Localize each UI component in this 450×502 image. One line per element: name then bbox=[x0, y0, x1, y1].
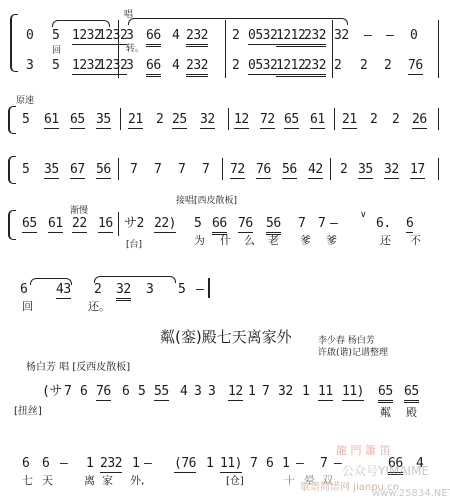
system-brace bbox=[10, 14, 18, 72]
note: 7 bbox=[130, 162, 137, 178]
lyric: 爹 bbox=[326, 234, 337, 247]
note: 32 bbox=[200, 112, 215, 129]
music-score: 唱 0 5 1232 1232 3 66 4 232 2 0532 1212 2… bbox=[0, 0, 450, 502]
barline bbox=[118, 158, 119, 180]
barline bbox=[438, 158, 439, 180]
note: 65 bbox=[378, 384, 393, 403]
barline bbox=[118, 212, 119, 236]
lyric: 外, bbox=[130, 474, 145, 487]
note: 76 bbox=[96, 384, 111, 401]
note: 32 bbox=[116, 282, 131, 301]
note: 5 bbox=[178, 282, 185, 298]
note: 5 bbox=[22, 162, 29, 178]
note: 3 bbox=[126, 58, 133, 74]
note: サ2 bbox=[124, 216, 144, 232]
note: 2 bbox=[94, 282, 101, 298]
watermark-line-1: 龍 門 簫 笛 bbox=[336, 442, 391, 458]
note: 17 bbox=[410, 162, 425, 179]
slur bbox=[52, 20, 110, 27]
system-brace bbox=[8, 106, 16, 134]
system-4: 渐慢 接唱[西皮散板] 65 61 22 16 サ2 22) 5 66 76 5… bbox=[0, 196, 450, 256]
note: 1212 bbox=[276, 58, 305, 77]
lyric: 回 bbox=[22, 300, 33, 313]
lyric: 离 bbox=[84, 474, 95, 487]
note: 1232 bbox=[98, 28, 127, 45]
note: 32 bbox=[384, 162, 399, 179]
note: 25 bbox=[172, 112, 187, 129]
note: 232 bbox=[100, 456, 122, 473]
note: 3 bbox=[146, 282, 153, 298]
lyric: 爹 bbox=[300, 234, 311, 247]
barline bbox=[120, 108, 121, 130]
note: 6. bbox=[376, 216, 391, 232]
note: 65 bbox=[70, 112, 85, 129]
note: 6 bbox=[80, 384, 87, 400]
lyric: 不 bbox=[410, 234, 421, 247]
note: 7 bbox=[202, 162, 209, 178]
note: 1 bbox=[206, 456, 213, 472]
note: 1 bbox=[86, 456, 93, 472]
barline bbox=[332, 20, 333, 78]
note: 7 bbox=[262, 384, 269, 400]
lyric: 为 bbox=[194, 234, 205, 247]
note: 3 bbox=[194, 384, 201, 400]
lyric: 么 bbox=[244, 234, 255, 247]
note: 56 bbox=[96, 162, 111, 179]
lyric: 还。 bbox=[88, 300, 110, 313]
breath-mark: ∨ bbox=[360, 210, 367, 221]
note: 4 bbox=[180, 384, 187, 400]
mark-zhuan: 转。 bbox=[126, 44, 144, 55]
barline bbox=[225, 20, 226, 78]
note: 7 bbox=[154, 162, 161, 178]
note: 76 bbox=[408, 58, 423, 75]
note: 2 bbox=[232, 58, 239, 74]
note: 66 bbox=[146, 58, 161, 77]
note: 22 bbox=[72, 216, 87, 233]
note: 56 bbox=[266, 216, 281, 235]
system-brace bbox=[8, 210, 16, 240]
lyric: 天 bbox=[42, 474, 53, 487]
note: 32 bbox=[278, 384, 293, 400]
note: 6 bbox=[406, 216, 413, 233]
note: 2 bbox=[370, 112, 377, 128]
slur bbox=[94, 276, 176, 283]
mark-tai: [台] bbox=[126, 240, 142, 251]
note: 7 bbox=[64, 384, 71, 400]
note: 12 bbox=[234, 112, 249, 129]
lyric: 殿 bbox=[406, 406, 417, 419]
lyric: 粼 bbox=[380, 406, 391, 419]
note: 2 bbox=[340, 162, 347, 178]
note: — bbox=[364, 28, 371, 44]
note: 26 bbox=[412, 112, 427, 129]
note: 6 bbox=[22, 456, 29, 472]
barline bbox=[228, 108, 229, 130]
section2-system-1: (サ 7 6 76 6 5 55 4 3 3 12 1 7 32 1 11 11… bbox=[0, 376, 450, 426]
note: 1 bbox=[248, 384, 255, 400]
note: 55 bbox=[154, 384, 169, 401]
mark-niusi: [扭丝] bbox=[14, 406, 42, 417]
system-5: 6 43 2 32 3 5 — 回 还。 bbox=[0, 270, 450, 320]
note: — bbox=[334, 456, 341, 472]
note: 72 bbox=[260, 112, 275, 129]
note: (サ bbox=[42, 384, 62, 400]
note: 5 bbox=[52, 28, 59, 44]
note: 5 bbox=[52, 58, 59, 74]
note: 7 bbox=[250, 456, 257, 472]
barline bbox=[438, 108, 439, 130]
note: 1 bbox=[302, 384, 309, 400]
barline bbox=[334, 108, 335, 130]
note: 21 bbox=[128, 112, 143, 129]
note: 11) bbox=[220, 456, 242, 473]
note: — bbox=[386, 28, 393, 44]
note: 2 bbox=[334, 58, 341, 74]
note: 67 bbox=[70, 162, 85, 179]
note: 61 bbox=[44, 112, 59, 129]
mark-yuansu: 原速 bbox=[16, 96, 34, 107]
note: 4 bbox=[172, 58, 179, 74]
note: 11) bbox=[342, 384, 364, 401]
note: 66 bbox=[146, 28, 161, 47]
note: 232 bbox=[304, 28, 326, 47]
note: 2 bbox=[392, 112, 399, 128]
system-brace bbox=[8, 156, 16, 184]
mark-jiechang: 接唱[西皮散板] bbox=[176, 196, 237, 207]
note: 2 bbox=[360, 58, 367, 74]
piece-title: 粼(銮)殿七天离家外 bbox=[160, 328, 292, 346]
watermark-line-4: www.25834.NET bbox=[372, 488, 450, 499]
slur bbox=[128, 18, 348, 25]
barline bbox=[222, 158, 223, 180]
note: 0 bbox=[410, 28, 417, 44]
note: 4 bbox=[172, 28, 179, 44]
note: 1232 bbox=[72, 28, 101, 45]
note: 35 bbox=[358, 162, 373, 179]
note: 66 bbox=[212, 216, 227, 235]
note: 0532 bbox=[248, 28, 277, 45]
note: 11 bbox=[318, 384, 333, 401]
note: 232 bbox=[304, 58, 326, 77]
lyric: 家 bbox=[102, 474, 113, 487]
system-3: 5 35 67 56 7 7 7 7 72 76 56 42 2 35 32 1… bbox=[0, 150, 450, 190]
watermark-line-2: 公众号YIMAIME bbox=[342, 462, 429, 479]
lyric: 老 bbox=[268, 234, 279, 247]
note: 16 bbox=[98, 216, 113, 233]
note: 7 bbox=[318, 216, 325, 232]
note: 65 bbox=[404, 384, 419, 403]
note: 0532 bbox=[248, 58, 277, 75]
lyric: 什 bbox=[220, 234, 231, 247]
note: 76 bbox=[256, 162, 271, 179]
note: 6 bbox=[42, 456, 49, 472]
note: 65 bbox=[284, 112, 299, 129]
note: 7 bbox=[298, 216, 305, 232]
note: 12 bbox=[228, 384, 243, 401]
note: 76 bbox=[238, 216, 253, 233]
note: 1212 bbox=[276, 28, 305, 47]
note: 1232 bbox=[98, 58, 127, 75]
note: 35 bbox=[44, 162, 59, 179]
credit-line-2: 许啟(谐)记谱整理 bbox=[318, 348, 388, 359]
note: 1232 bbox=[72, 58, 101, 75]
lyric: 还 bbox=[380, 234, 391, 247]
system-2: 原速 5 61 65 35 21 2 25 32 12 72 65 61 21 … bbox=[0, 94, 450, 134]
note: 3 bbox=[126, 28, 133, 44]
note: 72 bbox=[230, 162, 245, 179]
barline bbox=[118, 20, 119, 78]
note: 43 bbox=[56, 282, 71, 299]
note: 5 bbox=[138, 384, 145, 400]
lyric: 七 bbox=[22, 474, 33, 487]
note: 65 bbox=[22, 216, 37, 233]
note: 3 bbox=[208, 384, 215, 400]
note: 2 bbox=[232, 28, 239, 44]
performer-label: 杨白芳 唱 [反西皮散板] bbox=[26, 362, 130, 373]
note: 7 bbox=[320, 456, 327, 472]
note: — bbox=[144, 456, 151, 472]
note: — bbox=[196, 282, 203, 298]
lyric: 十 bbox=[284, 474, 295, 487]
note: 0 bbox=[26, 28, 33, 44]
note: 2 bbox=[384, 58, 391, 74]
note: 21 bbox=[342, 112, 357, 129]
note: 35 bbox=[96, 112, 111, 129]
note: 1 bbox=[282, 456, 289, 472]
note: 42 bbox=[308, 162, 323, 179]
note: (76 bbox=[174, 456, 196, 473]
barline bbox=[438, 20, 439, 78]
note: 22) bbox=[154, 216, 176, 233]
note: 5 bbox=[22, 112, 29, 128]
note: 32 bbox=[334, 28, 349, 44]
note: 5 bbox=[194, 216, 201, 232]
note: 6 bbox=[122, 384, 129, 400]
note: — bbox=[60, 456, 67, 472]
note: 61 bbox=[48, 216, 63, 233]
note: 232 bbox=[186, 28, 208, 47]
note: 56 bbox=[282, 162, 297, 179]
note: 6 bbox=[20, 282, 27, 298]
note: 2 bbox=[156, 112, 163, 128]
credit-line-1: 李少春 杨白芳 bbox=[318, 336, 375, 347]
mark-hui: 回 bbox=[52, 46, 61, 57]
note: — bbox=[330, 216, 337, 232]
note: 3 bbox=[26, 58, 33, 74]
system-1: 唱 0 5 1232 1232 3 66 4 232 2 0532 1212 2… bbox=[0, 6, 450, 76]
note: 1 bbox=[132, 456, 139, 472]
barline bbox=[330, 158, 331, 180]
note: 232 bbox=[186, 58, 208, 77]
note: 61 bbox=[310, 112, 325, 129]
note: — bbox=[296, 456, 303, 472]
note: 6 bbox=[266, 456, 273, 472]
note: 7 bbox=[178, 162, 185, 178]
final-barline bbox=[208, 278, 210, 298]
mark-cang: [仓] bbox=[226, 476, 244, 487]
